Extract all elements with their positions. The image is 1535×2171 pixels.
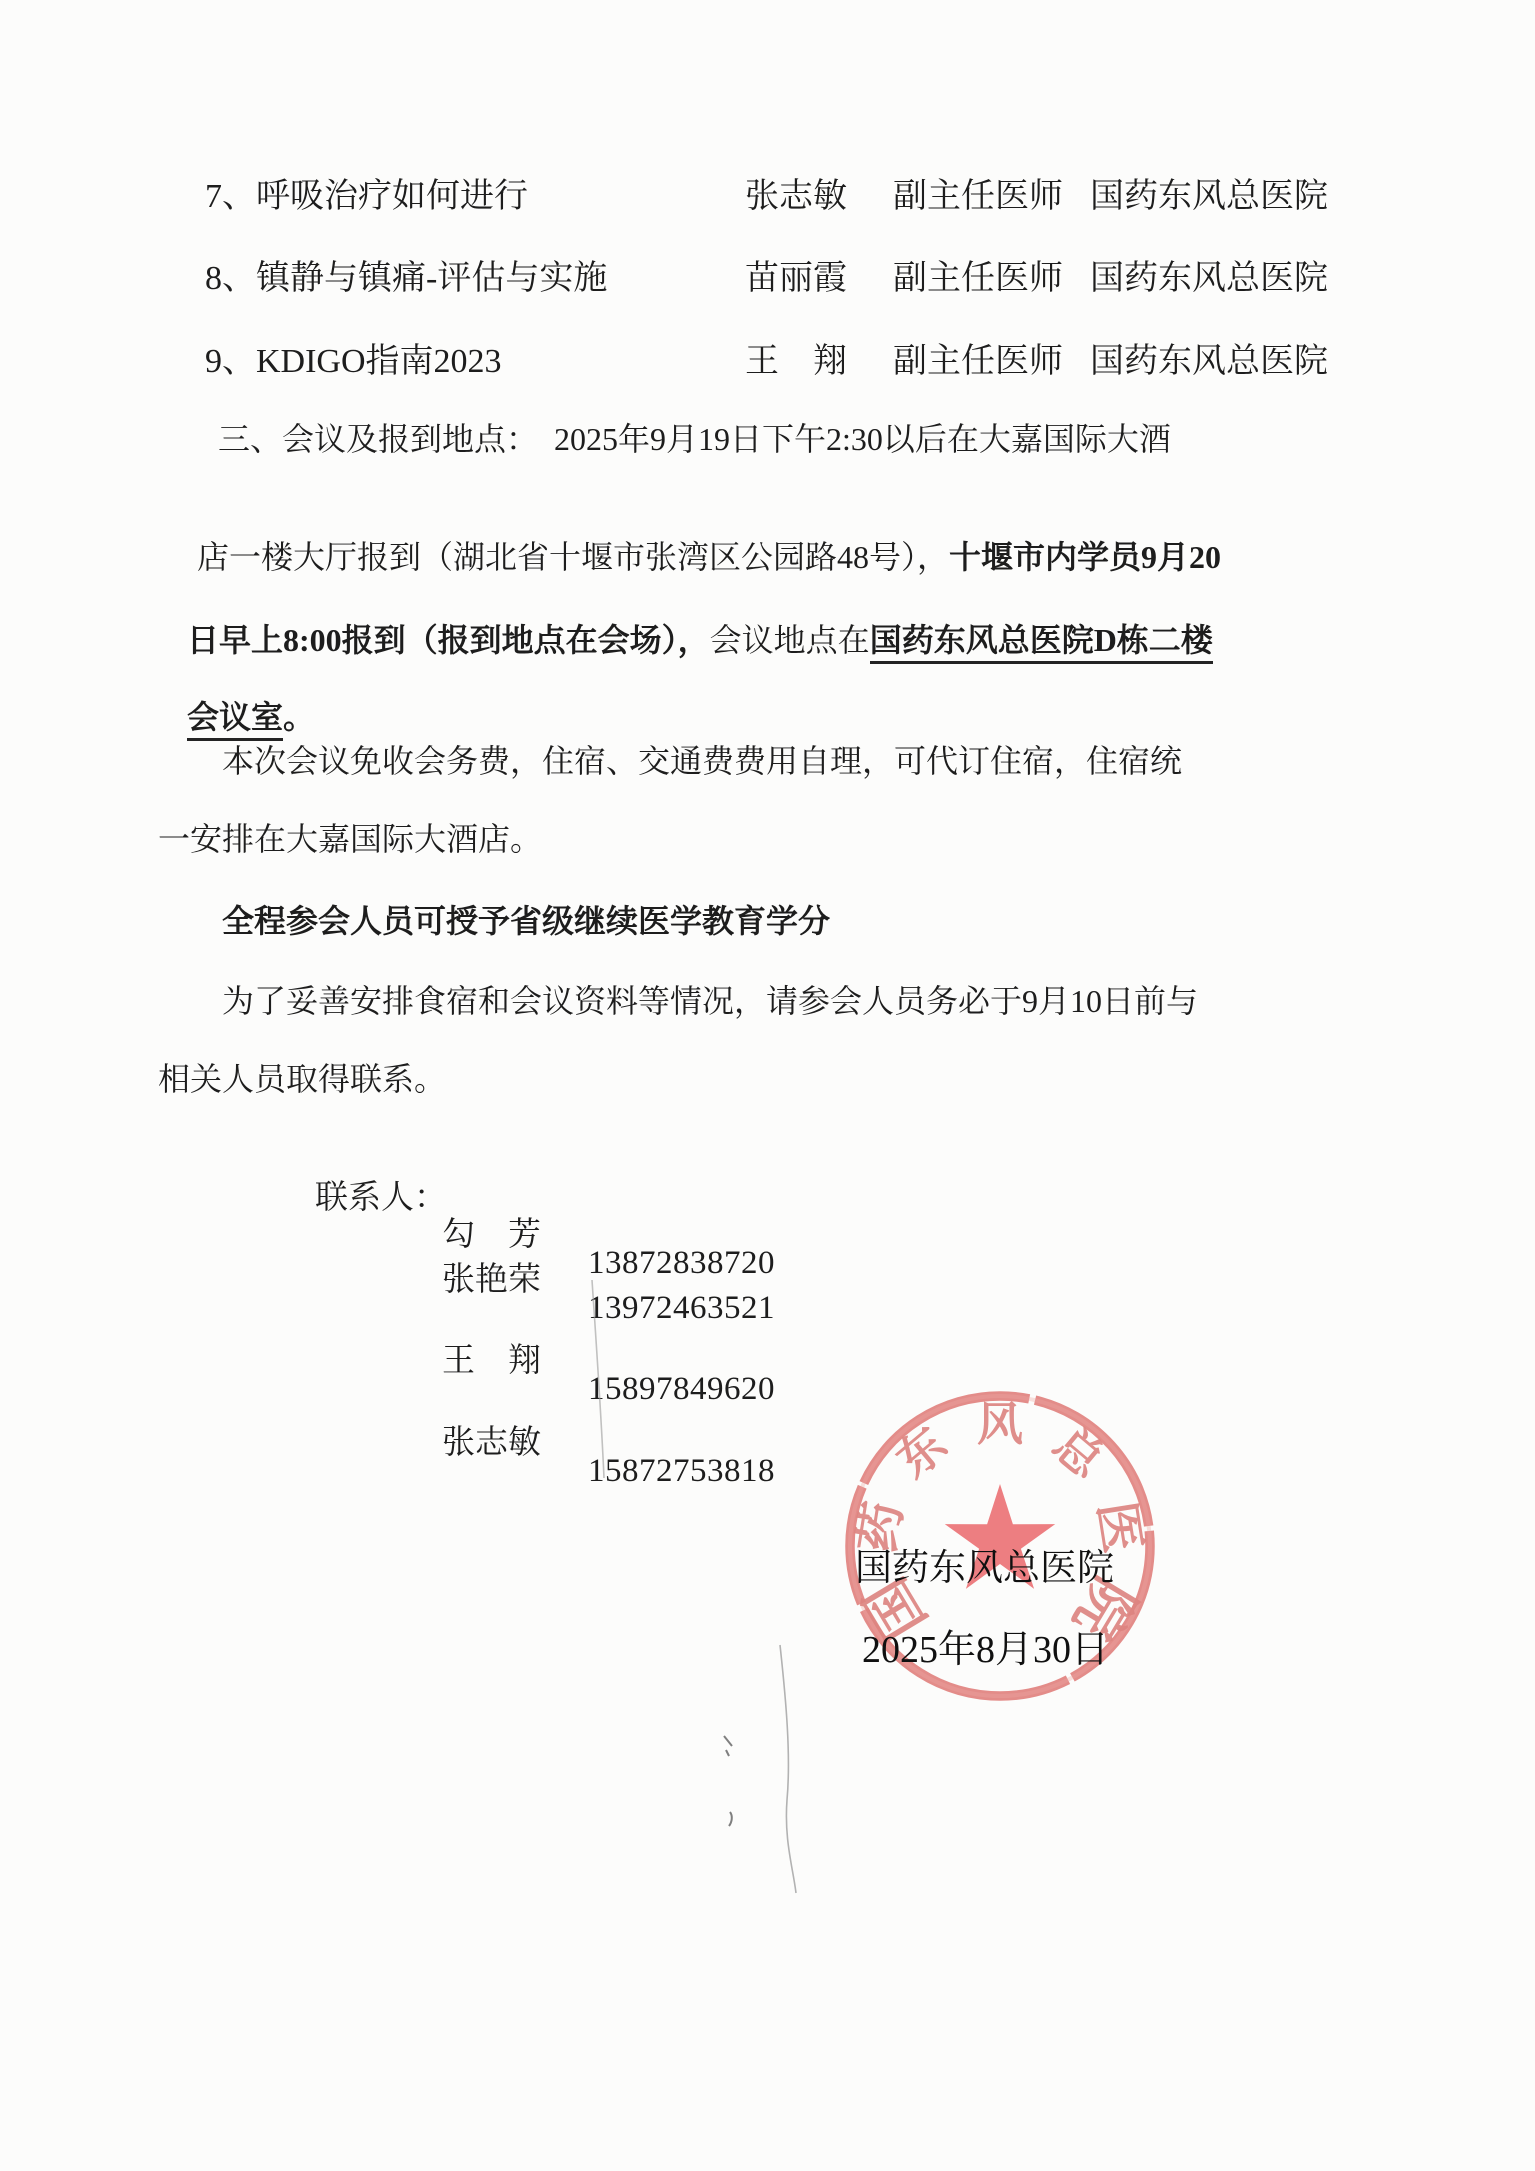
agenda-row: 9、KDIGO指南2023 王 翔 副主任医师 国药东风总医院 [0, 333, 1535, 379]
crease-speck [729, 1812, 732, 1826]
text-segment: 会议地点在 [710, 622, 870, 658]
speaker-org: 国药东风总医院 [1090, 250, 1328, 299]
bold-segment: 。 [283, 699, 315, 735]
contact-phone: 13972463521 [588, 1290, 775, 1327]
speaker-org: 国药东风总医院 [1090, 168, 1328, 217]
meeting-location-underlined: 国药东风总医院D栋二楼 [870, 622, 1213, 664]
speaker-title: 副主任医师 [893, 250, 1063, 299]
contact-phone: 15897849620 [588, 1371, 775, 1408]
contact-phone: 15872753818 [588, 1453, 775, 1490]
signature-date: 2025年8月30日 [862, 1618, 1109, 1673]
speaker-name: 王 翔 [745, 333, 847, 382]
agenda-topic: 7、呼吸治疗如何进行 [205, 168, 528, 217]
paragraph-line: 相关人员取得联系。 [158, 1060, 446, 1098]
speaker-title: 副主任医师 [893, 168, 1063, 217]
bold-segment: 日早上8:00报到（报到地点在会场）， [187, 622, 710, 658]
agenda-row: 7、呼吸治疗如何进行 张志敏 副主任医师 国药东风总医院 [0, 168, 1535, 214]
contact-name: 王 翔 [442, 1334, 541, 1381]
paragraph-line: 一安排在大嘉国际大酒店。 [158, 820, 542, 858]
paragraph-line: 本次会议免收会务费，住宿、交通费费用自理，可代订住宿，住宿统 [222, 742, 1182, 780]
seal-ring-char: 东 [888, 1418, 957, 1488]
seal-ring-char: 风 [977, 1399, 1023, 1450]
contact-name: 张艳荣 [442, 1253, 541, 1300]
contact-row: 张志敏 15872753818 [0, 1379, 33, 1527]
meeting-location-underlined: 会议室 [187, 699, 283, 741]
paragraph-line: 三、会议及报到地点： 2025年9月19日下午2:30以后在大嘉国际大酒 [218, 420, 1171, 458]
scanned-meeting-notice-page: 7、呼吸治疗如何进行 张志敏 副主任医师 国药东风总医院 8、镇静与镇痛-评估与… [0, 0, 1535, 2171]
bold-segment: 十堰市内学员9月20 [949, 539, 1221, 575]
signature-org: 国药东风总医院 [855, 1537, 1114, 1591]
crease-speck [724, 1736, 732, 1756]
agenda-topic: 9、KDIGO指南2023 [205, 333, 502, 382]
speaker-title: 副主任医师 [893, 333, 1063, 382]
contact-name: 勾 芳 [442, 1208, 541, 1255]
contact-phone: 13872838720 [588, 1245, 775, 1282]
speaker-name: 张志敏 [745, 168, 847, 217]
speaker-name: 苗丽霞 [745, 250, 847, 299]
seal-ring-char: 总 [1043, 1418, 1113, 1489]
agenda-topic: 8、镇静与镇痛-评估与实施 [205, 250, 607, 299]
speaker-org: 国药东风总医院 [1090, 333, 1328, 382]
contacts-label: 联系人： [315, 1171, 447, 1218]
paragraph-line: 为了妥善安排食宿和会议资料等情况，请参会人员务必于9月10日前与 [222, 982, 1198, 1020]
agenda-row: 8、镇静与镇痛-评估与实施 苗丽霞 副主任医师 国药东风总医院 [0, 250, 1535, 296]
crease-line [780, 1645, 796, 1893]
text-segment: 店一楼大厅报到（湖北省十堰市张湾区公园路48号）， [197, 539, 949, 575]
credit-statement: 全程参会人员可授予省级继续医学教育学分 [222, 902, 830, 940]
contact-name: 张志敏 [442, 1416, 541, 1463]
